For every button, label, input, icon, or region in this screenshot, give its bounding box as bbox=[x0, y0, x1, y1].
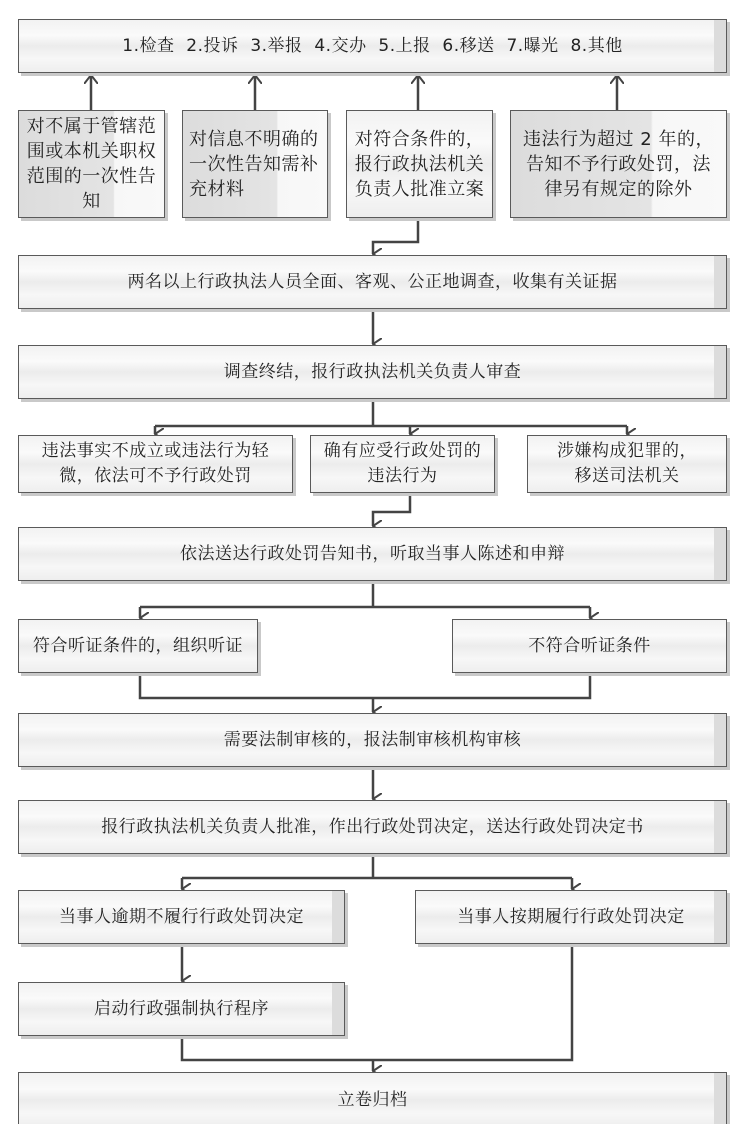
archive-box: 立卷归档 bbox=[18, 1072, 727, 1124]
notify-out-of-scope-label: 对不属于管辖范围或本机关职权范围的一次性告知 bbox=[19, 114, 164, 214]
hearing-yes-label: 符合听证条件的，组织听证 bbox=[27, 635, 249, 658]
no-penalty-label: 违法事实不成立或违法行为轻微，依法可不予行政处罚 bbox=[19, 439, 292, 489]
sources-label: 1.检查 2.投诉 3.举报 4.交办 5.上报 6.移送 7.曝光 8.其他 bbox=[116, 34, 628, 58]
on-time-box: 当事人按期履行行政处罚决定 bbox=[415, 890, 727, 944]
decision-box: 报行政执法机关负责人批准，作出行政处罚决定，送达行政处罚决定书 bbox=[18, 800, 727, 854]
notify-unclear-info-box: 对信息不明确的一次性告知需补充材料 bbox=[182, 110, 328, 218]
enforcement-box: 启动行政强制执行程序 bbox=[18, 982, 345, 1036]
hearing-no-box: 不符合听证条件 bbox=[452, 619, 727, 673]
sources-box: 1.检查 2.投诉 3.举报 4.交办 5.上报 6.移送 7.曝光 8.其他 bbox=[18, 19, 727, 73]
notice-penalty-box: 依法送达行政处罚告知书，听取当事人陈述和申辩 bbox=[18, 527, 727, 581]
over-two-years-label: 违法行为超过 2 年的，告知不予行政处罚，法律另有规定的除外 bbox=[511, 127, 726, 202]
no-penalty-box: 违法事实不成立或违法行为轻微，依法可不予行政处罚 bbox=[18, 435, 293, 493]
approve-case-filing-label: 对符合条件的，报行政执法机关负责人批准立案 bbox=[347, 127, 492, 202]
hearing-no-label: 不符合听证条件 bbox=[522, 634, 657, 658]
notice-penalty-label: 依法送达行政处罚告知书，听取当事人陈述和申辩 bbox=[174, 542, 571, 566]
notify-unclear-info-label: 对信息不明确的一次性告知需补充材料 bbox=[183, 127, 327, 202]
enforcement-label: 启动行政强制执行程序 bbox=[88, 997, 275, 1021]
investigation-box: 两名以上行政执法人员全面、客观、公正地调查，收集有关证据 bbox=[18, 255, 727, 309]
overdue-label: 当事人逾期不履行行政处罚决定 bbox=[53, 905, 310, 929]
approve-case-filing-box: 对符合条件的，报行政执法机关负责人批准立案 bbox=[346, 110, 493, 218]
legal-review-box: 需要法制审核的，报法制审核机构审核 bbox=[18, 713, 727, 767]
on-time-label: 当事人按期履行行政处罚决定 bbox=[451, 905, 691, 929]
notify-out-of-scope-box: 对不属于管辖范围或本机关职权范围的一次性告知 bbox=[18, 110, 165, 218]
penalty-required-label: 确有应受行政处罚的违法行为 bbox=[311, 439, 494, 489]
legal-review-label: 需要法制审核的，报法制审核机构审核 bbox=[218, 728, 528, 752]
hearing-yes-box: 符合听证条件的，组织听证 bbox=[18, 619, 258, 673]
penalty-required-box: 确有应受行政处罚的违法行为 bbox=[310, 435, 495, 493]
investigation-end-box: 调查终结，报行政执法机关负责人审查 bbox=[18, 345, 727, 399]
archive-label: 立卷归档 bbox=[332, 1088, 414, 1112]
investigation-end-label: 调查终结，报行政执法机关负责人审查 bbox=[218, 360, 528, 384]
decision-label: 报行政执法机关负责人批准，作出行政处罚决定，送达行政处罚决定书 bbox=[95, 815, 650, 839]
investigation-label: 两名以上行政执法人员全面、客观、公正地调查，收集有关证据 bbox=[122, 270, 624, 294]
over-two-years-box: 违法行为超过 2 年的，告知不予行政处罚，法律另有规定的除外 bbox=[510, 110, 727, 218]
overdue-box: 当事人逾期不履行行政处罚决定 bbox=[18, 890, 345, 944]
transfer-judicial-label: 涉嫌构成犯罪的，移送司法机关 bbox=[528, 439, 726, 489]
transfer-judicial-box: 涉嫌构成犯罪的，移送司法机关 bbox=[527, 435, 727, 493]
